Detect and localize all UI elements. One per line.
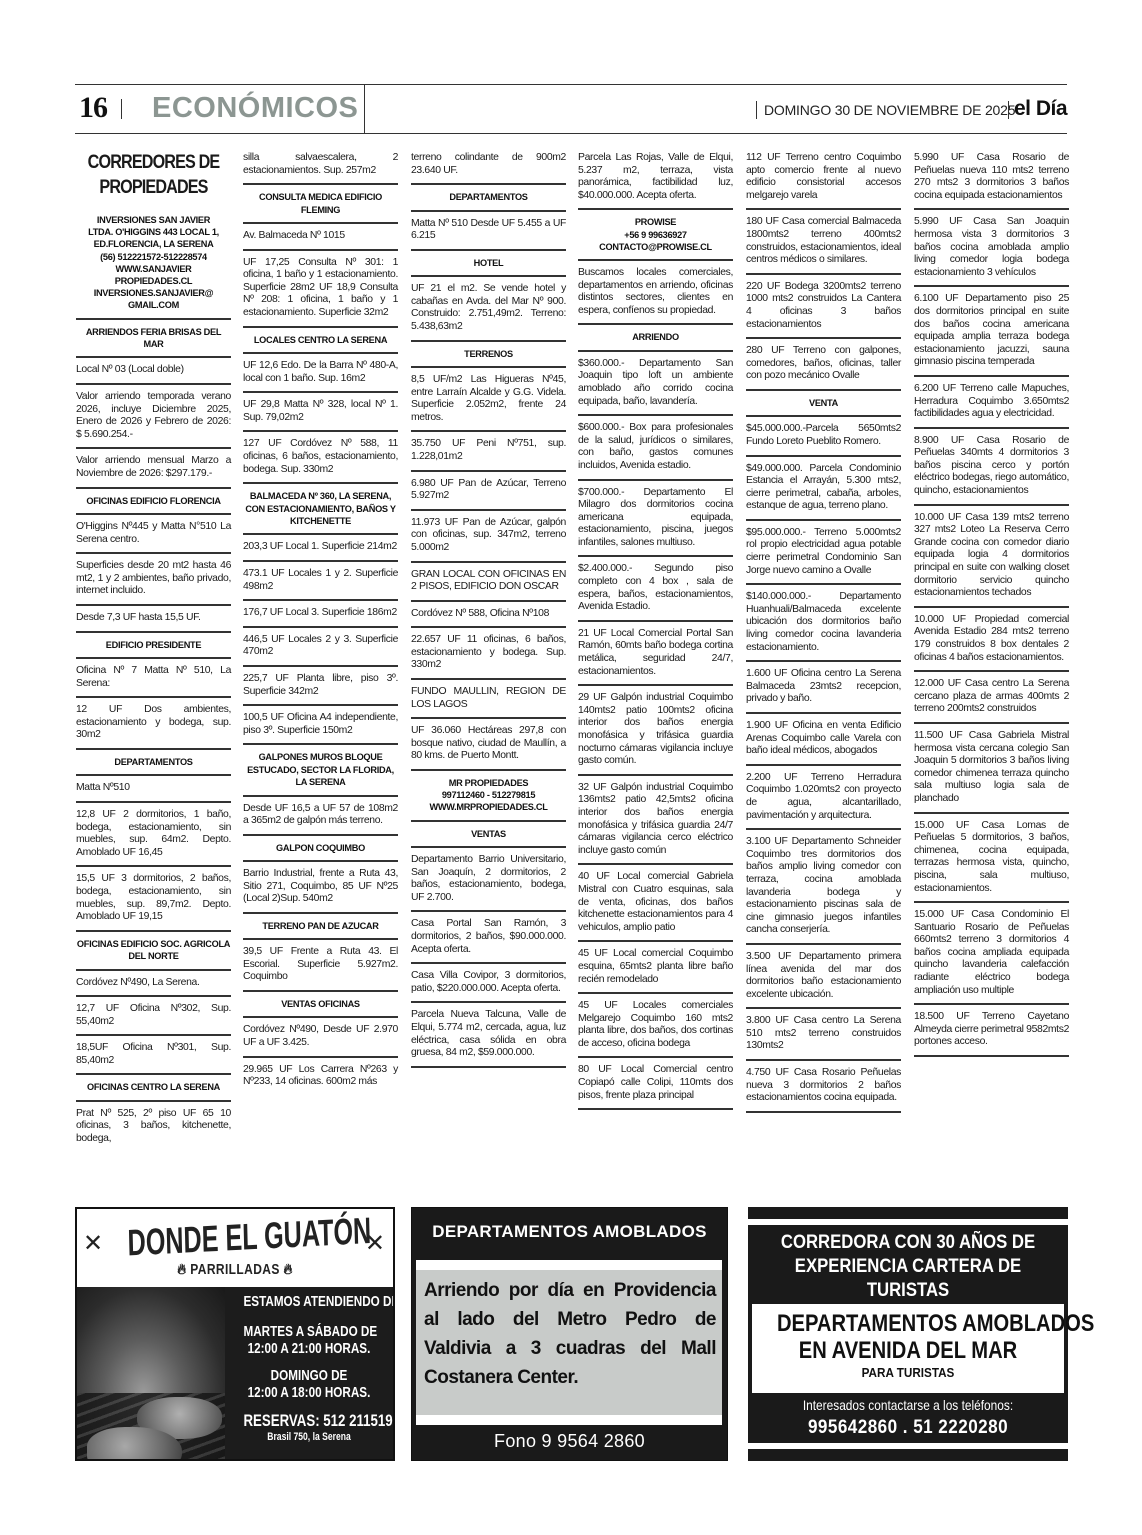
listing-item: 6.100 UF Departamento piso 25 dos dormit… (914, 287, 1069, 377)
listing-item: 100,5 UF Oficina A4 independiente, piso … (243, 706, 398, 745)
listing-item: 12 UF Dos ambientes, estacionamiento y b… (76, 698, 231, 750)
listing-item: UF 12,6 Edo. De la Barra Nº 480-A, local… (243, 354, 398, 393)
listing-category-heading: DEPARTAMENTOS (411, 185, 566, 211)
listing-category-heading: ARRIENDOS FERIA BRISAS DEL MAR (76, 320, 231, 359)
ad-donde-el-guaton: ✕ ✕ DONDE EL GUATÓN 🔥︎ PARRILLADAS 🔥︎ ES… (75, 1207, 395, 1461)
listing-item: 6.200 UF Terreno calle Mapuches, Herradu… (914, 377, 1069, 429)
listing-category-heading: CONSULTA MEDICA EDIFICIO FLEMING (243, 185, 398, 224)
listing-item: 2.200 UF Terreno Herradura Coquimbo 1.02… (746, 766, 901, 830)
listing-item: 1.900 UF Oficina en venta Edificio Arena… (746, 714, 901, 766)
listing-item: Local Nº 03 (Local doble) (76, 358, 231, 385)
section-title: ECONÓMICOS (152, 92, 358, 125)
ad-reservations-phone: RESERVAS: 512 211519 (243, 1411, 374, 1430)
listing-item: 10.000 UF Propiedad comercial Avenida Es… (914, 608, 1069, 672)
listing-item: 5.990 UF Casa San Joaquin hermosa vista … (914, 210, 1069, 287)
contact-line: +56 9 99636927 (578, 229, 733, 241)
listing-item: 12,7 UF Oficina Nº302, Sup. 55,40m2 (76, 997, 231, 1036)
listing-item: 15.000 UF Casa Lomas de Peñuelas 5 dormi… (914, 814, 1069, 904)
ad-highlight-box: DEPARTAMENTOS AMOBLADOS EN AVENIDA DEL M… (752, 1304, 1064, 1393)
contact-line: GMAIL.COM (76, 299, 231, 311)
listing-item: UF 17,25 Consulta Nº 301: 1 oficina, 1 b… (243, 251, 398, 328)
listing-item: 35.750 UF Peni Nº751, sup. 1.228,01m2 (411, 432, 566, 471)
listing-item: 12.000 UF Casa centro La Serena cercano … (914, 672, 1069, 724)
ad-title-line: EXPERIENCIA CARTERA DE TURISTAS (767, 1255, 1049, 1303)
listing-category-heading: OFICINAS EDIFICIO SOC. AGRICOLA DEL NORT… (76, 932, 231, 971)
contact-line: ED.FLORENCIA, LA SERENA (76, 238, 231, 250)
listing-item: 1.600 UF Oficina centro La Serena Balmac… (746, 662, 901, 714)
listing-item: 15.000 UF Casa Condominio El Santuario R… (914, 903, 1069, 1005)
entries-list: INVERSIONES SAN JAVIERLTDA. O'HIGGINS 44… (76, 208, 231, 1152)
classifieds-column-2: silla salvaescalera, 2 estacionamientos.… (243, 150, 398, 1095)
classifieds-column-5: 112 UF Terreno centro Coquimbo apto come… (746, 150, 901, 1113)
listing-item: 29 UF Galpón industrial Coquimbo 140mts2… (578, 686, 733, 776)
listing-item: $49.000.000. Parcela Condominio Estancia… (746, 457, 901, 521)
listing-item: Barrio Industrial, frente a Ruta 43, Sit… (243, 862, 398, 914)
contact-line: INVERSIONES.SANJAVIER@ (76, 287, 231, 299)
listing-item: Buscamos locales comerciales, departamen… (578, 261, 733, 325)
page-header: 16 ECONÓMICOS DOMINGO 30 DE NOVIEMBRE DE… (75, 84, 1067, 134)
listing-category-heading: DEPARTAMENTOS (76, 750, 231, 776)
listing-item: UF 21 el m2. Se vende hotel y cabañas en… (411, 277, 566, 341)
advertiser-contact-block: INVERSIONES SAN JAVIERLTDA. O'HIGGINS 44… (76, 208, 231, 320)
listing-item: $45.000.000.-Parcela 5650mts2 Fundo Lore… (746, 417, 901, 456)
entries-list: 112 UF Terreno centro Coquimbo apto come… (746, 150, 901, 1113)
listing-item: 112 UF Terreno centro Coquimbo apto come… (746, 150, 901, 210)
listing-item: O'Higgins Nº445 y Matta N°510 La Serena … (76, 515, 231, 554)
listing-item: Cordóvez Nº 588, Oficina Nº108 (411, 602, 566, 629)
listing-item: Desde UF 16,5 a UF 57 de 108m2 a 365m2 d… (243, 797, 398, 836)
listing-item: UF 36.060 Hectáreas 297,8 con bosque nat… (411, 719, 566, 771)
listing-item: Valor arriendo mensual Marzo a Noviembre… (76, 449, 231, 488)
ad-text: 12:00 A 21:00 HORAS. (243, 1340, 374, 1357)
ad-text: MARTES A SÁBADO DE (243, 1323, 374, 1340)
listing-item: UF 29,8 Matta Nº 328, local Nº 1. Sup. 7… (243, 393, 398, 432)
listing-item: 21 UF Local Comercial Portal San Ramón, … (578, 622, 733, 686)
ad-white-band (748, 1443, 1068, 1449)
crossed-utensils-icon: ✕ (83, 1229, 103, 1258)
listing-item: 18,5UF Oficina Nº301, Sup. 85,40m2 (76, 1036, 231, 1075)
listing-item: Cordóvez Nº490, La Serena. (76, 971, 231, 998)
grilled-meat-photo (77, 1287, 225, 1461)
entries-list: silla salvaescalera, 2 estacionamientos.… (243, 150, 398, 1095)
listing-item: $2.400.000.- Segundo piso completo con 4… (578, 557, 733, 621)
listing-category-heading: TERRENOS (411, 342, 566, 368)
ad-subtitle-text: PARRILLADAS (190, 1261, 280, 1278)
contact-line: INVERSIONES SAN JAVIER (76, 214, 231, 226)
ad-contact-label: Interesados contactarse a los teléfonos: (772, 1397, 1044, 1413)
page-number: 16 (79, 91, 107, 125)
contact-line: PROWISE (578, 216, 733, 228)
listing-item: Parcela Nueva Talcuna, Valle de Elqui, 5… (411, 1003, 566, 1067)
listing-item: Superficies desde 20 mt2 hasta 46 mt2, 1… (76, 554, 231, 606)
listing-category-heading: VENTAS (411, 822, 566, 848)
advertiser-contact-block: MR PROPIEDADES997112460 - 512279815WWW.M… (411, 771, 566, 822)
listing-category-heading: BALMACEDA Nº 360, LA SERENA, CON ESTACIO… (243, 484, 398, 535)
listing-item: 203,3 UF Local 1. Superficie 214m2 (243, 535, 398, 562)
listing-category-heading: GALPONES MUROS BLOQUE ESTUCADO, SECTOR L… (243, 745, 398, 796)
listing-item: Casa Portal San Ramón, 3 dormitorios, 2 … (411, 912, 566, 964)
listing-category-heading: TERRENO PAN DE AZUCAR (243, 914, 398, 940)
entries-list: 5.990 UF Casa Rosario de Peñuelas nueva … (914, 150, 1069, 1057)
contact-line: CONTACTO@PROWISE.CL (578, 241, 733, 253)
listing-item: 15,5 UF 3 dormitorios, 2 baños, bodega, … (76, 867, 231, 931)
divider (1008, 101, 1009, 119)
column-title-line: CORREDORES DE (88, 150, 220, 175)
listing-item: Departamento Barrio Universitario, San J… (411, 848, 566, 912)
listing-item: 22.657 UF 11 oficinas, 6 baños, estacion… (411, 628, 566, 680)
ad-subtitle: 🔥︎ PARRILLADAS 🔥︎ (109, 1261, 362, 1278)
listing-item: 8.900 UF Casa Rosario de Peñuelas 340mts… (914, 429, 1069, 506)
listing-item: Matta Nº 510 Desde UF 5.455 a UF 6.215 (411, 212, 566, 251)
listing-item: 32 UF Galpón industrial Coquimbo 136mts2… (578, 776, 733, 866)
listing-item: Cordóvez Nº490, Desde UF 2.970 UF a UF 3… (243, 1018, 398, 1057)
listing-item: $95.000.000.- Terreno 5.000mts2 rol prop… (746, 521, 901, 585)
listing-item: 5.990 UF Casa Rosario de Peñuelas nueva … (914, 150, 1069, 210)
listing-item: 4.750 UF Casa Rosario Peñuelas nueva 3 d… (746, 1061, 901, 1113)
ad-phone: Fono 9 9564 2860 (412, 1431, 727, 1452)
ad-highlight-text: DEPARTAMENTOS AMOBLADOS (777, 1310, 1039, 1337)
classifieds-column-4: Parcela Las Rojas, Valle de Elqui, 5.237… (578, 150, 733, 1110)
listing-category-heading: VENTA (746, 391, 901, 417)
listing-item: 3.500 UF Departamento primera línea aven… (746, 945, 901, 1009)
listing-item: GRAN LOCAL CON OFICINAS EN 2 PISOS, EDIF… (411, 563, 566, 602)
listing-category-heading: ARRIENDO (578, 325, 733, 351)
contact-line: WWW.MRPROPIEDADES.CL (411, 801, 566, 813)
ad-text: ESTAMOS ATENDIENDO DE (243, 1293, 374, 1310)
listing-item: silla salvaescalera, 2 estacionamientos.… (243, 150, 398, 185)
listing-item: 10.000 UF Casa 139 mts2 terreno 327 mts2… (914, 506, 1069, 608)
advertiser-contact-block: PROWISE+56 9 99636927CONTACTO@PROWISE.CL (578, 210, 733, 261)
listing-item: 176,7 UF Local 3. Superficie 186m2 (243, 601, 398, 628)
listing-category-heading: VENTAS OFICINAS (243, 992, 398, 1018)
listing-item: $140.000.000.- Departamento Huanhuali/Ba… (746, 585, 901, 662)
listing-item: FUNDO MAULLIN, REGION DE LOS LAGOS (411, 680, 566, 719)
contact-line: MR PROPIEDADES (411, 777, 566, 789)
listing-item: Av. Balmaceda Nº 1015 (243, 224, 398, 251)
flame-icon: 🔥︎ (280, 1261, 293, 1278)
classifieds-column-1: CORREDORES DE PROPIEDADES INVERSIONES SA… (76, 150, 231, 1152)
listing-item: 446,5 UF Locales 2 y 3. Superficie 470m2 (243, 628, 398, 667)
listing-item: $600.000.- Box para profesionales de la … (578, 416, 733, 480)
contact-line: (56) 512221572-512228574 (76, 251, 231, 263)
ad-highlight-text: EN AVENIDA DEL MAR (777, 1337, 1039, 1364)
ad-white-band (748, 1219, 1068, 1225)
listing-category-heading: OFICINAS CENTRO LA SERENA (76, 1075, 231, 1101)
listing-item: 39,5 UF Frente a Ruta 43. El Escorial. S… (243, 940, 398, 992)
listing-category-heading: OFICINAS EDIFICIO FLORENCIA (76, 489, 231, 515)
listing-item: 45 UF Local comercial Coquimbo esquina, … (578, 942, 733, 994)
listing-item: 220 UF Bodega 3200mts2 terreno 1000 mts2… (746, 275, 901, 339)
ad-phones: 995642860 . 51 2220280 (764, 1417, 1052, 1439)
listing-category-heading: EDIFICIO PRESIDENTE (76, 633, 231, 659)
listing-item: 29.965 UF Los Carrera Nº263 y Nº233, 14 … (243, 1058, 398, 1095)
listing-item: 11.973 UF Pan de Azúcar, galpón con ofic… (411, 511, 566, 563)
listing-item: 3.100 UF Departamento Schneider Coquimbo… (746, 830, 901, 945)
listing-item: Desde 7,3 UF hasta 15,5 UF. (76, 606, 231, 633)
listing-category-heading: GALPON COQUIMBO (243, 836, 398, 862)
divider (121, 99, 122, 119)
entries-list: Parcela Las Rojas, Valle de Elqui, 5.237… (578, 150, 733, 1110)
flame-icon: 🔥︎ (177, 1261, 190, 1278)
listing-item: Oficina Nº 7 Matta Nº 510, La Serena: (76, 659, 231, 698)
listing-item: $360.000.- Departamento San Joaquin tipo… (578, 352, 733, 416)
contact-line: 997112460 - 512279815 (411, 789, 566, 801)
column-title: CORREDORES DE PROPIEDADES (88, 150, 220, 208)
listing-item: 6.980 UF Pan de Azúcar, Terreno 5.927m2 (411, 472, 566, 511)
listing-item: 80 UF Local Comercial centro Copiapó cal… (578, 1058, 733, 1110)
ad-highlight-subtext: PARA TURISTAS (768, 1364, 1049, 1382)
listing-item: 3.800 UF Casa centro La Serena 510 mts2 … (746, 1009, 901, 1061)
entries-list: terreno colindante de 900m2 23.640 UF.DE… (411, 150, 566, 1068)
classifieds-column-3: terreno colindante de 900m2 23.640 UF.DE… (411, 150, 566, 1068)
publication-date: DOMINGO 30 DE NOVIEMBRE DE 2025 (764, 102, 1015, 118)
listing-item: $700.000.- Departamento El Milagro dos d… (578, 481, 733, 558)
listing-item: 180 UF Casa comercial Balmaceda 1800mts2… (746, 210, 901, 274)
ad-text: DOMINGO DE (243, 1367, 374, 1384)
ad-title-line: CORREDORA CON 30 AÑOS DE (767, 1231, 1049, 1255)
ad-hours-info: ESTAMOS ATENDIENDO DE MARTES A SÁBADO DE… (225, 1293, 393, 1444)
ad-text: 12:00 A 18:00 HORAS. (243, 1384, 374, 1401)
listing-item: Matta Nº510 (76, 776, 231, 803)
contact-line: PROPIEDADES.CL (76, 275, 231, 287)
listing-item: 225,7 UF Planta libre, piso 3º. Superfic… (243, 667, 398, 706)
listing-item: 280 UF Terreno con galpones, comedores, … (746, 339, 901, 391)
listing-item: Valor arriendo temporada verano 2026, in… (76, 385, 231, 449)
listing-item: 8,5 UF/m2 Las Higueras Nº45, entre Larra… (411, 368, 566, 432)
listing-category-heading: LOCALES CENTRO LA SERENA (243, 328, 398, 354)
listing-item: Prat Nº 525, 2º piso UF 65 10 oficinas, … (76, 1102, 231, 1152)
column-title-line: PROPIEDADES (88, 175, 220, 200)
ad-title: DEPARTAMENTOS AMOBLADOS (412, 1222, 727, 1242)
contact-line: LTDA. O'HIGGINS 443 LOCAL 1, (76, 226, 231, 238)
classifieds-column-6: 5.990 UF Casa Rosario de Peñuelas nueva … (914, 150, 1069, 1057)
ad-departamentos-amoblados: DEPARTAMENTOS AMOBLADOS Arriendo por día… (411, 1207, 728, 1461)
divider (756, 101, 757, 119)
listing-item: 473.1 UF Locales 1 y 2. Superficie 498m2 (243, 562, 398, 601)
ad-body: Arriendo por día en Providencia al lado … (424, 1276, 716, 1392)
divider (364, 85, 365, 133)
listing-category-heading: HOTEL (411, 251, 566, 277)
newspaper-logo: el Día (1014, 97, 1067, 121)
contact-line: WWW.SANJAVIER (76, 263, 231, 275)
ad-address: Brasil 750, la Serena (243, 1430, 374, 1444)
ad-corredora-turistas: CORREDORA CON 30 AÑOS DE EXPERIENCIA CAR… (748, 1207, 1068, 1461)
listing-item: Parcela Las Rojas, Valle de Elqui, 5.237… (578, 150, 733, 210)
listing-item: terreno colindante de 900m2 23.640 UF. (411, 150, 566, 185)
listing-item: 18.500 UF Terreno Cayetano Almeyda cierr… (914, 1005, 1069, 1057)
listing-item: 127 UF Cordóvez Nº 588, 11 oficinas, 6 b… (243, 432, 398, 484)
listing-item: Casa Villa Covipor, 3 dormitorios, patio… (411, 964, 566, 1003)
listing-item: 40 UF Local comercial Gabriela Mistral c… (578, 865, 733, 942)
listing-item: 11.500 UF Casa Gabriela Mistral hermosa … (914, 724, 1069, 814)
listing-item: 45 UF Locales comerciales Melgarejo Coqu… (578, 994, 733, 1058)
listing-item: 12,8 UF 2 dormitorios, 1 baño, bodega, e… (76, 803, 231, 867)
